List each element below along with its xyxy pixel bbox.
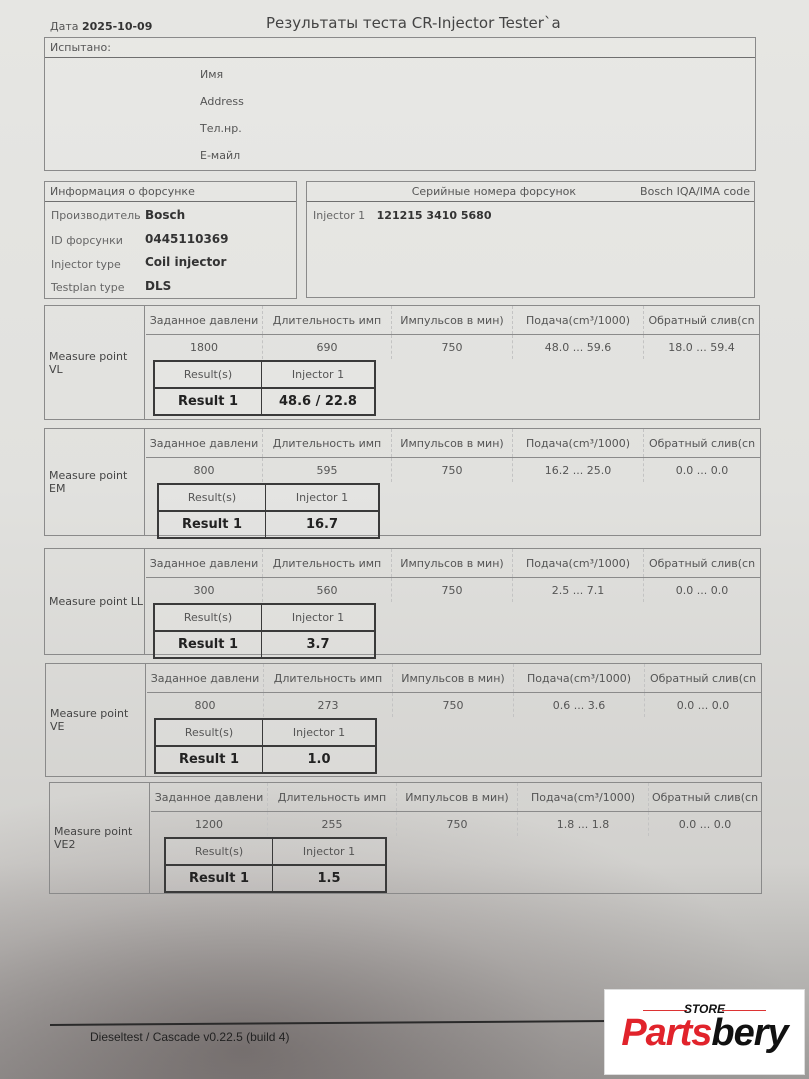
value-duration: 560 <box>263 578 392 602</box>
date-label: Дата <box>50 20 78 33</box>
results-header: Result(s) <box>159 485 266 510</box>
result-header-row: Result(s) Injector 1 <box>166 839 385 864</box>
result-value: 1.0 <box>263 747 375 772</box>
manufacturer-label: Производитель <box>51 209 141 222</box>
measure-point-header: Заданное давлениДлительность импИмпульсо… <box>147 664 761 693</box>
injector-header: Injector 1 <box>266 485 378 510</box>
value-pressure: 1800 <box>146 335 263 359</box>
value-duration: 595 <box>263 458 392 482</box>
result-header-row: Result(s) Injector 1 <box>155 605 374 630</box>
name-field: Имя <box>200 68 223 81</box>
partsbery-watermark-logo: STORE Partsbery <box>604 989 805 1075</box>
measure-point-block: Measure point VEЗаданное давлениДлительн… <box>45 663 762 777</box>
results-header: Result(s) <box>166 839 273 864</box>
column-header: Обратный слив(cn <box>644 306 759 334</box>
results-header: Result(s) <box>156 720 263 745</box>
footer-divider <box>50 1020 610 1026</box>
column-header: Обратный слив(cn <box>645 664 761 692</box>
serial-numbers-title: Серийные номера форсунок <box>412 185 576 198</box>
tested-title: Испытано: <box>45 38 755 58</box>
column-header: Заданное давлени <box>146 429 263 457</box>
measure-point-values: 12002557501.8 ... 1.80.0 ... 0.0 <box>151 812 761 836</box>
measure-point-values: 8002737500.6 ... 3.60.0 ... 0.0 <box>147 693 761 717</box>
column-header: Импульсов в мин) <box>392 549 513 577</box>
report-date: Дата 2025-10-09 <box>50 20 152 33</box>
manufacturer-value: Bosch <box>145 208 185 222</box>
result-row: Result 1 3.7 <box>155 630 374 657</box>
column-header: Импульсов в мин) <box>392 306 513 334</box>
result-header-row: Result(s) Injector 1 <box>156 720 375 745</box>
footer-version: Dieseltest / Cascade v0.22.5 (build 4) <box>90 1030 289 1044</box>
value-pulses: 750 <box>397 812 518 836</box>
results-header: Result(s) <box>155 605 262 630</box>
value-pulses: 750 <box>392 578 513 602</box>
result-row: Result 1 48.6 / 22.8 <box>155 387 374 414</box>
result-label: Result 1 <box>159 512 266 537</box>
injector-id-value: 0445110369 <box>145 232 229 246</box>
injector-header: Injector 1 <box>273 839 385 864</box>
logo-brand-part-b: bery <box>711 1012 787 1054</box>
measure-point-block: Measure point LLЗаданное давлениДлительн… <box>44 548 761 655</box>
value-pulses: 750 <box>393 693 514 717</box>
injector-header: Injector 1 <box>262 605 374 630</box>
result-header-row: Result(s) Injector 1 <box>159 485 378 510</box>
column-header: Заданное давлени <box>146 549 263 577</box>
injector-info-title: Информация о форсунке <box>45 182 296 202</box>
column-header: Заданное давлени <box>146 306 263 334</box>
serial-numbers-section: Серийные номера форсунок Bosch IQA/IMA c… <box>306 181 755 298</box>
value-delivery: 2.5 ... 7.1 <box>513 578 644 602</box>
column-header: Подача(cm³/1000) <box>513 306 644 334</box>
measure-point-header: Заданное давлениДлительность импИмпульсо… <box>146 549 760 578</box>
testplan-type-value: DLS <box>145 279 171 293</box>
value-pressure: 800 <box>147 693 264 717</box>
iqa-code-title: Bosch IQA/IMA code <box>640 185 750 198</box>
value-backflow: 0.0 ... 0.0 <box>645 693 761 717</box>
value-duration: 690 <box>263 335 392 359</box>
injector-header: Injector 1 <box>263 720 375 745</box>
value-delivery: 1.8 ... 1.8 <box>518 812 649 836</box>
measure-point-name: Measure point VL <box>45 306 145 419</box>
date-value: 2025-10-09 <box>82 20 152 33</box>
value-backflow: 18.0 ... 59.4 <box>644 335 759 359</box>
phone-field: Тел.нр. <box>200 122 242 135</box>
value-backflow: 0.0 ... 0.0 <box>644 578 760 602</box>
tested-section: Испытано: Имя Address Тел.нр. E-майл <box>44 37 756 171</box>
measure-point-name: Measure point EM <box>45 429 145 535</box>
value-backflow: 0.0 ... 0.0 <box>649 812 761 836</box>
result-label: Result 1 <box>155 389 262 414</box>
result-row: Result 1 16.7 <box>159 510 378 537</box>
column-header: Подача(cm³/1000) <box>513 429 644 457</box>
serial-injector-value: 121215 3410 5680 <box>377 209 492 222</box>
column-header: Импульсов в мин) <box>397 783 518 811</box>
measure-point-header: Заданное давлениДлительность импИмпульсо… <box>146 429 760 458</box>
column-header: Обратный слив(cn <box>649 783 761 811</box>
serial-injector-label: Injector 1 <box>313 209 365 222</box>
column-header: Подача(cm³/1000) <box>518 783 649 811</box>
value-pressure: 800 <box>146 458 263 482</box>
value-pulses: 750 <box>392 458 513 482</box>
column-header: Импульсов в мин) <box>393 664 514 692</box>
column-header: Длительность имп <box>268 783 397 811</box>
measure-point-header: Заданное давлениДлительность импИмпульсо… <box>151 783 761 812</box>
result-label: Result 1 <box>156 747 263 772</box>
value-duration: 255 <box>268 812 397 836</box>
email-field: E-майл <box>200 149 240 162</box>
logo-brand: Partsbery <box>605 1012 804 1055</box>
results-header: Result(s) <box>155 362 262 387</box>
column-header: Обратный слив(cn <box>644 429 760 457</box>
result-row: Result 1 1.5 <box>166 864 385 891</box>
result-value: 1.5 <box>273 866 385 891</box>
column-header: Длительность имп <box>264 664 393 692</box>
address-field: Address <box>200 95 244 108</box>
serial-header: Серийные номера форсунок Bosch IQA/IMA c… <box>307 182 754 202</box>
measure-point-name: Measure point VE2 <box>50 783 150 893</box>
measure-point-block: Measure point VE2Заданное давлениДлитель… <box>49 782 762 894</box>
column-header: Импульсов в мин) <box>392 429 513 457</box>
measure-point-values: 180069075048.0 ... 59.618.0 ... 59.4 <box>146 335 759 359</box>
column-header: Подача(cm³/1000) <box>514 664 645 692</box>
measure-point-block: Measure point VLЗаданное давлениДлительн… <box>44 305 760 420</box>
result-label: Result 1 <box>155 632 262 657</box>
result-value: 48.6 / 22.8 <box>262 389 374 414</box>
measure-point-block: Measure point EMЗаданное давлениДлительн… <box>44 428 761 536</box>
measure-point-name: Measure point VE <box>46 664 146 776</box>
testplan-type-label: Testplan type <box>51 281 124 294</box>
result-header-row: Result(s) Injector 1 <box>155 362 374 387</box>
report-title: Результаты теста CR-Injector Tester`a <box>266 14 561 32</box>
result-table: Result(s) Injector 1 Result 1 16.7 <box>157 483 380 539</box>
measure-point-header: Заданное давлениДлительность импИмпульсо… <box>146 306 759 335</box>
result-row: Result 1 1.0 <box>156 745 375 772</box>
injector-header: Injector 1 <box>262 362 374 387</box>
injector-type-value: Coil injector <box>145 255 226 269</box>
column-header: Длительность имп <box>263 306 392 334</box>
column-header: Длительность имп <box>263 549 392 577</box>
value-delivery: 0.6 ... 3.6 <box>514 693 645 717</box>
injector-info-section: Информация о форсунке Производитель Bosc… <box>44 181 297 299</box>
column-header: Заданное давлени <box>151 783 268 811</box>
injector-type-label: Injector type <box>51 258 121 271</box>
result-value: 16.7 <box>266 512 378 537</box>
value-delivery: 16.2 ... 25.0 <box>513 458 644 482</box>
result-value: 3.7 <box>262 632 374 657</box>
measure-point-name: Measure point LL <box>45 549 145 654</box>
result-table: Result(s) Injector 1 Result 1 1.0 <box>154 718 377 774</box>
serial-row: Injector 1 121215 3410 5680 <box>313 209 491 222</box>
column-header: Длительность имп <box>263 429 392 457</box>
value-duration: 273 <box>264 693 393 717</box>
column-header: Заданное давлени <box>147 664 264 692</box>
logo-brand-part-a: Parts <box>621 1012 711 1054</box>
column-header: Подача(cm³/1000) <box>513 549 644 577</box>
result-table: Result(s) Injector 1 Result 1 3.7 <box>153 603 376 659</box>
value-pulses: 750 <box>392 335 513 359</box>
result-table: Result(s) Injector 1 Result 1 48.6 / 22.… <box>153 360 376 416</box>
result-label: Result 1 <box>166 866 273 891</box>
injector-id-label: ID форсунки <box>51 234 123 247</box>
column-header: Обратный слив(cn <box>644 549 760 577</box>
result-table: Result(s) Injector 1 Result 1 1.5 <box>164 837 387 893</box>
value-backflow: 0.0 ... 0.0 <box>644 458 760 482</box>
measure-point-values: 80059575016.2 ... 25.00.0 ... 0.0 <box>146 458 760 482</box>
value-pressure: 300 <box>146 578 263 602</box>
value-pressure: 1200 <box>151 812 268 836</box>
measure-point-values: 3005607502.5 ... 7.10.0 ... 0.0 <box>146 578 760 602</box>
value-delivery: 48.0 ... 59.6 <box>513 335 644 359</box>
